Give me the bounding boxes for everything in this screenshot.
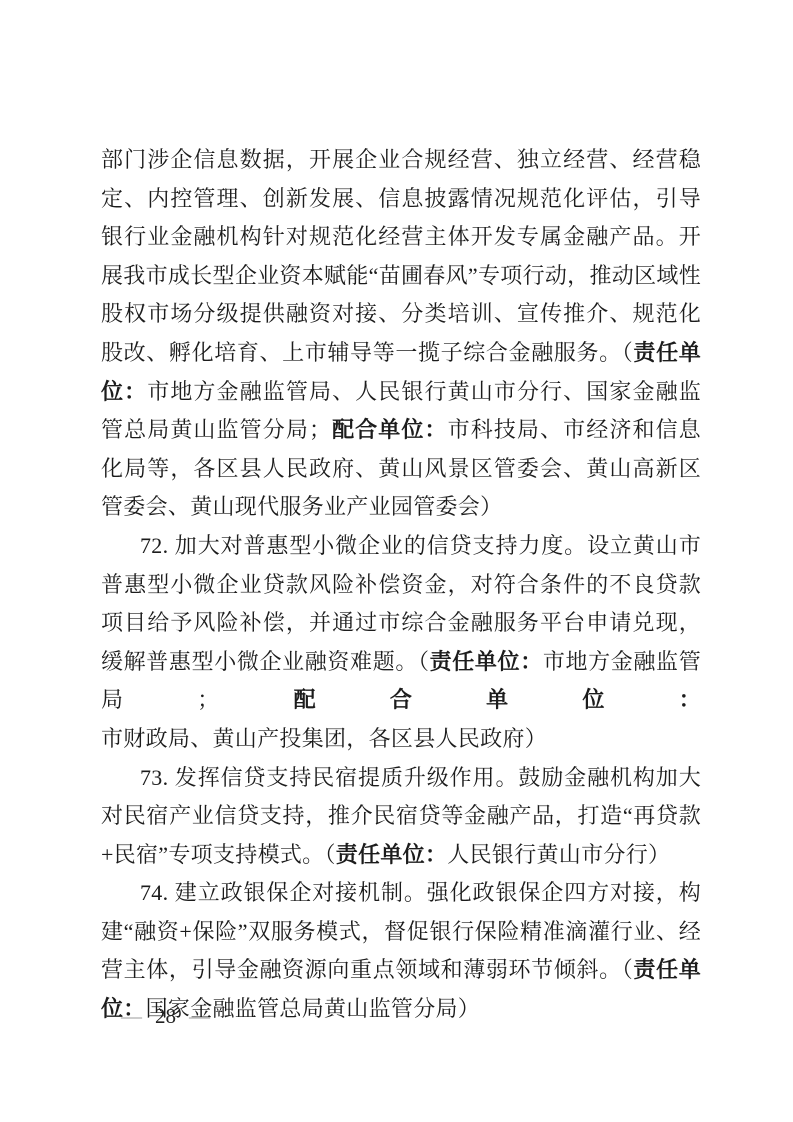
- responsible-unit-label: 责任单位：: [336, 842, 448, 867]
- footer-dash-right: —: [189, 1001, 210, 1031]
- cooperating-unit-label: 配合单位：: [220, 687, 701, 712]
- document-body: 部门涉企信息数据，开展企业合规经营、独立经营、经营稳定、内控管理、创新发展、信息…: [101, 141, 701, 1029]
- document-page: 部门涉企信息数据，开展企业合规经营、独立经营、经营稳定、内控管理、创新发展、信息…: [0, 0, 793, 1122]
- body-text-run: 人民银行黄山市分行）: [447, 842, 670, 867]
- footer-dash-left: —: [121, 1001, 142, 1031]
- paragraph-item-73: 73. 发挥信贷支持民宿提质升级作用。鼓励金融机构加大对民宿产业信贷支持，推介民…: [101, 759, 701, 875]
- paragraph-item-72: 72. 加大对普惠型小微企业的信贷支持力度。设立黄山市普惠型小微企业贷款风险补偿…: [101, 527, 701, 759]
- paragraph-continuation: 部门涉企信息数据，开展企业合规经营、独立经营、经营稳定、内控管理、创新发展、信息…: [101, 141, 701, 527]
- cooperating-unit-label: 配合单位：: [331, 417, 447, 442]
- body-text-run: 74. 建立政银保企对接机制。强化政银保企四方对接，构建“融资+保险”双服务模式…: [101, 880, 701, 982]
- responsible-unit-label: 责任单位：: [430, 649, 543, 674]
- page-footer: — 28 —: [121, 1001, 210, 1031]
- page-number: 28: [155, 1001, 176, 1031]
- body-text-run: 部门涉企信息数据，开展企业合规经营、独立经营、经营稳定、内控管理、创新发展、信息…: [101, 147, 701, 365]
- body-text-run: 市财政局、黄山产投集团，各区县人民政府）: [101, 726, 547, 751]
